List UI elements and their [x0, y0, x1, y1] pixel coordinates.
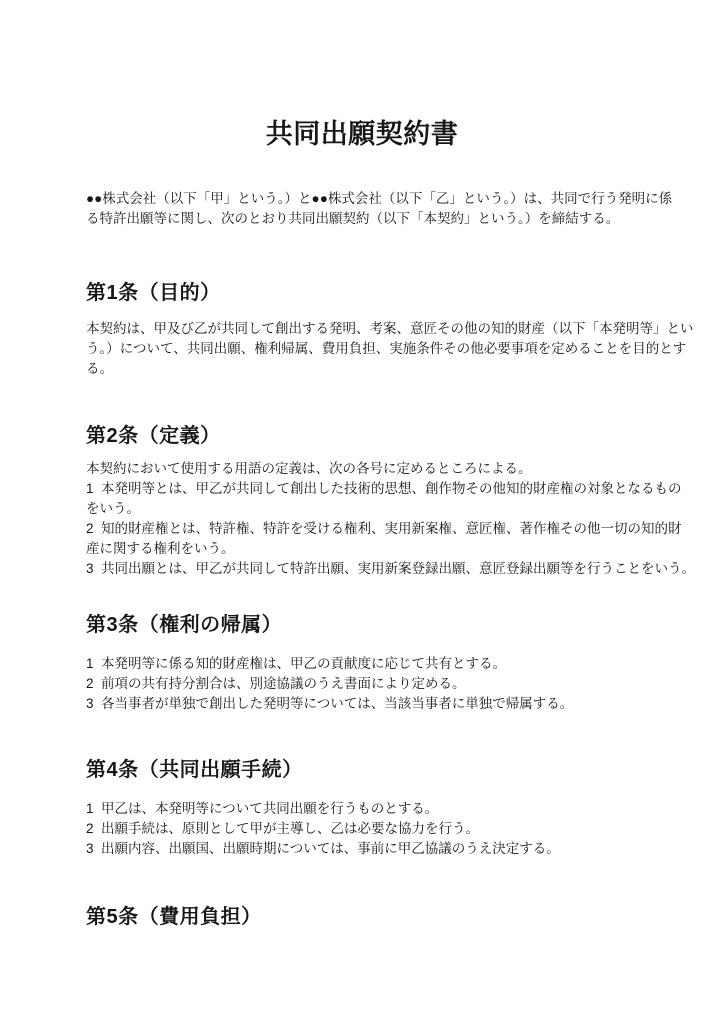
article-5-heading: 第5条（費用負担） — [86, 904, 686, 930]
preamble-paragraph: ●●株式会社（以下「甲」という。）と●●株式会社（以下「乙」という。）は、共同で… — [86, 189, 706, 229]
article-4-heading: 第4条（共同出願手続） — [86, 757, 686, 783]
article-1-line: う。）について、共同出願、権利帰属、費用負担、実施条件その他必要事項を定めること… — [86, 339, 706, 359]
article-4-line: 1 甲乙は、本発明等について共同出願を行うものとする。 — [86, 799, 706, 819]
article-3-line: 2 前項の共有持分割合は、別途協議のうえ書面により定める。 — [86, 674, 706, 694]
article-1-heading: 第1条（目的） — [86, 280, 686, 306]
article-2-line: 本契約において使用する用語の定義は、次の各号に定めるところによる。 — [86, 459, 706, 479]
article-2-line: 2 知的財産権とは、特許権、特許を受ける権利、実用新案権、意匠権、著作権その他一… — [86, 519, 706, 539]
article-3-line: 1 本発明等に係る知的財産権は、甲乙の貢献度に応じて共有とする。 — [86, 654, 706, 674]
article-2-line: 1 本発明等とは、甲乙が共同して創出した技術的思想、創作物その他知的財産権の対象… — [86, 479, 706, 499]
contract-document-page: 共同出願契約書 ●●株式会社（以下「甲」という。）と●●株式会社（以下「乙」とい… — [0, 0, 724, 1024]
article-3-line: 3 各当事者が単独で創出した発明等については、当該当事者に単独で帰属する。 — [86, 694, 706, 714]
article-4-body: 1 甲乙は、本発明等について共同出願を行うものとする。 2 出願手続は、原則とし… — [86, 799, 706, 859]
preamble-line: る特許出願等に関し、次のとおり共同出願契約（以下「本契約」という。）を締結する。 — [86, 209, 706, 229]
article-2-line: 3 共同出願とは、甲乙が共同して特許出願、実用新案登録出願、意匠登録出願等を行う… — [86, 559, 706, 579]
document-title: 共同出願契約書 — [0, 117, 724, 151]
article-1-body: 本契約は、甲及び乙が共同して創出する発明、考案、意匠その他の知的財産（以下「本発… — [86, 319, 706, 379]
article-2-body: 本契約において使用する用語の定義は、次の各号に定めるところによる。 1 本発明等… — [86, 459, 706, 579]
article-1-line: る。 — [86, 359, 706, 379]
article-4-line: 2 出願手続は、原則として甲が主導し、乙は必要な協力を行う。 — [86, 819, 706, 839]
article-1-line: 本契約は、甲及び乙が共同して創出する発明、考案、意匠その他の知的財産（以下「本発… — [86, 319, 706, 339]
article-4-line: 3 出願内容、出願国、出願時期については、事前に甲乙協議のうえ決定する。 — [86, 839, 706, 859]
article-3-body: 1 本発明等に係る知的財産権は、甲乙の貢献度に応じて共有とする。 2 前項の共有… — [86, 654, 706, 714]
article-2-line: をいう。 — [86, 499, 706, 519]
article-2-heading: 第2条（定義） — [86, 423, 686, 449]
preamble-line: ●●株式会社（以下「甲」という。）と●●株式会社（以下「乙」という。）は、共同で… — [86, 189, 706, 209]
article-3-heading: 第3条（権利の帰属） — [86, 612, 686, 638]
article-2-line: 産に関する権利をいう。 — [86, 539, 706, 559]
